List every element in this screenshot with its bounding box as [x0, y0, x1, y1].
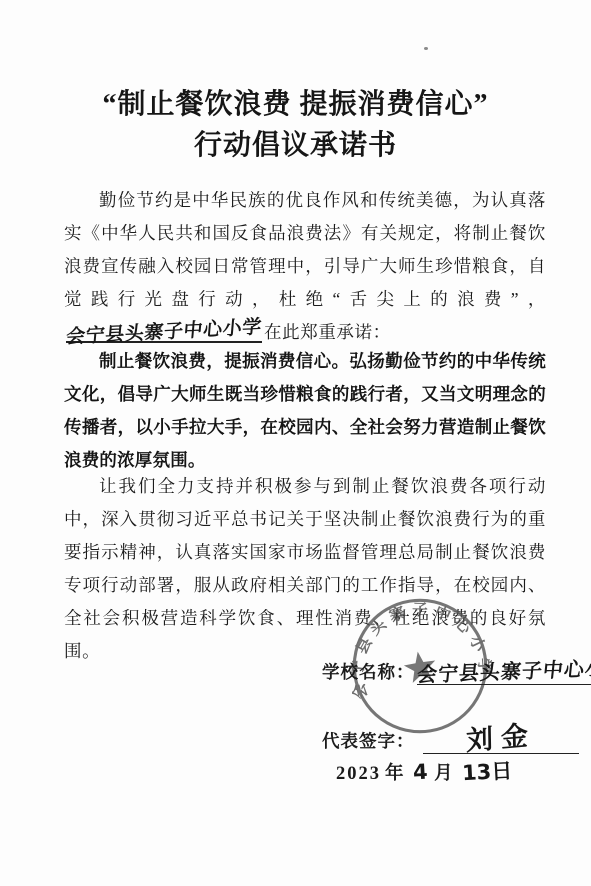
school-name-label: 学校名称： — [322, 662, 415, 682]
handwritten-date-day: 13日 — [461, 755, 513, 788]
title-line-1: “制止餐饮浪费 提振消费信心” — [0, 84, 591, 125]
scanned-document-page: “制止餐饮浪费 提振消费信心” 行动倡议承诺书 勤俭节约是中华民族的优良作风和传… — [0, 0, 591, 886]
paragraph-opening: 勤俭节约是中华民族的优良作风和传统美德，为认真落实《中华人民共和国反食品浪费法》… — [64, 184, 546, 349]
paragraph-pledge-bold: 制止餐饮浪费，提振消费信心。弘扬勤俭节约的中华传统文化，倡导广大师生既当珍惜粮食… — [64, 345, 546, 477]
handwritten-school-name-inline: 会宁县头寨子中心小学 — [65, 318, 262, 346]
date-month-unit: 月 — [434, 764, 455, 784]
school-name-row: 学校名称：会宁县头寨子中心小学 — [322, 659, 591, 685]
date-year-unit: 年 — [385, 764, 406, 784]
paragraph-commitment: 让我们全力支持并积极参与到制止餐饮浪费各项行动中，深入贯彻习近平总书记关于坚决制… — [64, 470, 546, 668]
handwritten-school-name: 会宁县头寨子中心小学 — [415, 656, 591, 685]
school-name-blank-line: 会宁县头寨子中心小学 — [66, 323, 262, 343]
representative-signature-row: 代表签字：刘金 — [322, 727, 579, 754]
handwritten-signature: 刘金 — [465, 724, 535, 754]
date-row: 2023年4月13日 — [336, 756, 515, 786]
school-name-fill-line: 会宁县头寨子中心小学 — [417, 660, 591, 685]
handwritten-date-month: 4 — [412, 760, 428, 785]
date-year: 2023 — [336, 764, 381, 784]
document-title: “制止餐饮浪费 提振消费信心” 行动倡议承诺书 — [0, 84, 591, 166]
paragraph-opening-after: 在此郑重承诺： — [264, 322, 391, 342]
representative-signature-fill-line: 刘金 — [423, 727, 579, 754]
scan-speck — [424, 47, 428, 50]
representative-signature-label: 代表签字： — [322, 731, 415, 751]
title-line-2: 行动倡议承诺书 — [0, 125, 591, 166]
paragraph-opening-text: 勤俭节约是中华民族的优良作风和传统美德，为认真落实《中华人民共和国反食品浪费法》… — [64, 190, 546, 309]
